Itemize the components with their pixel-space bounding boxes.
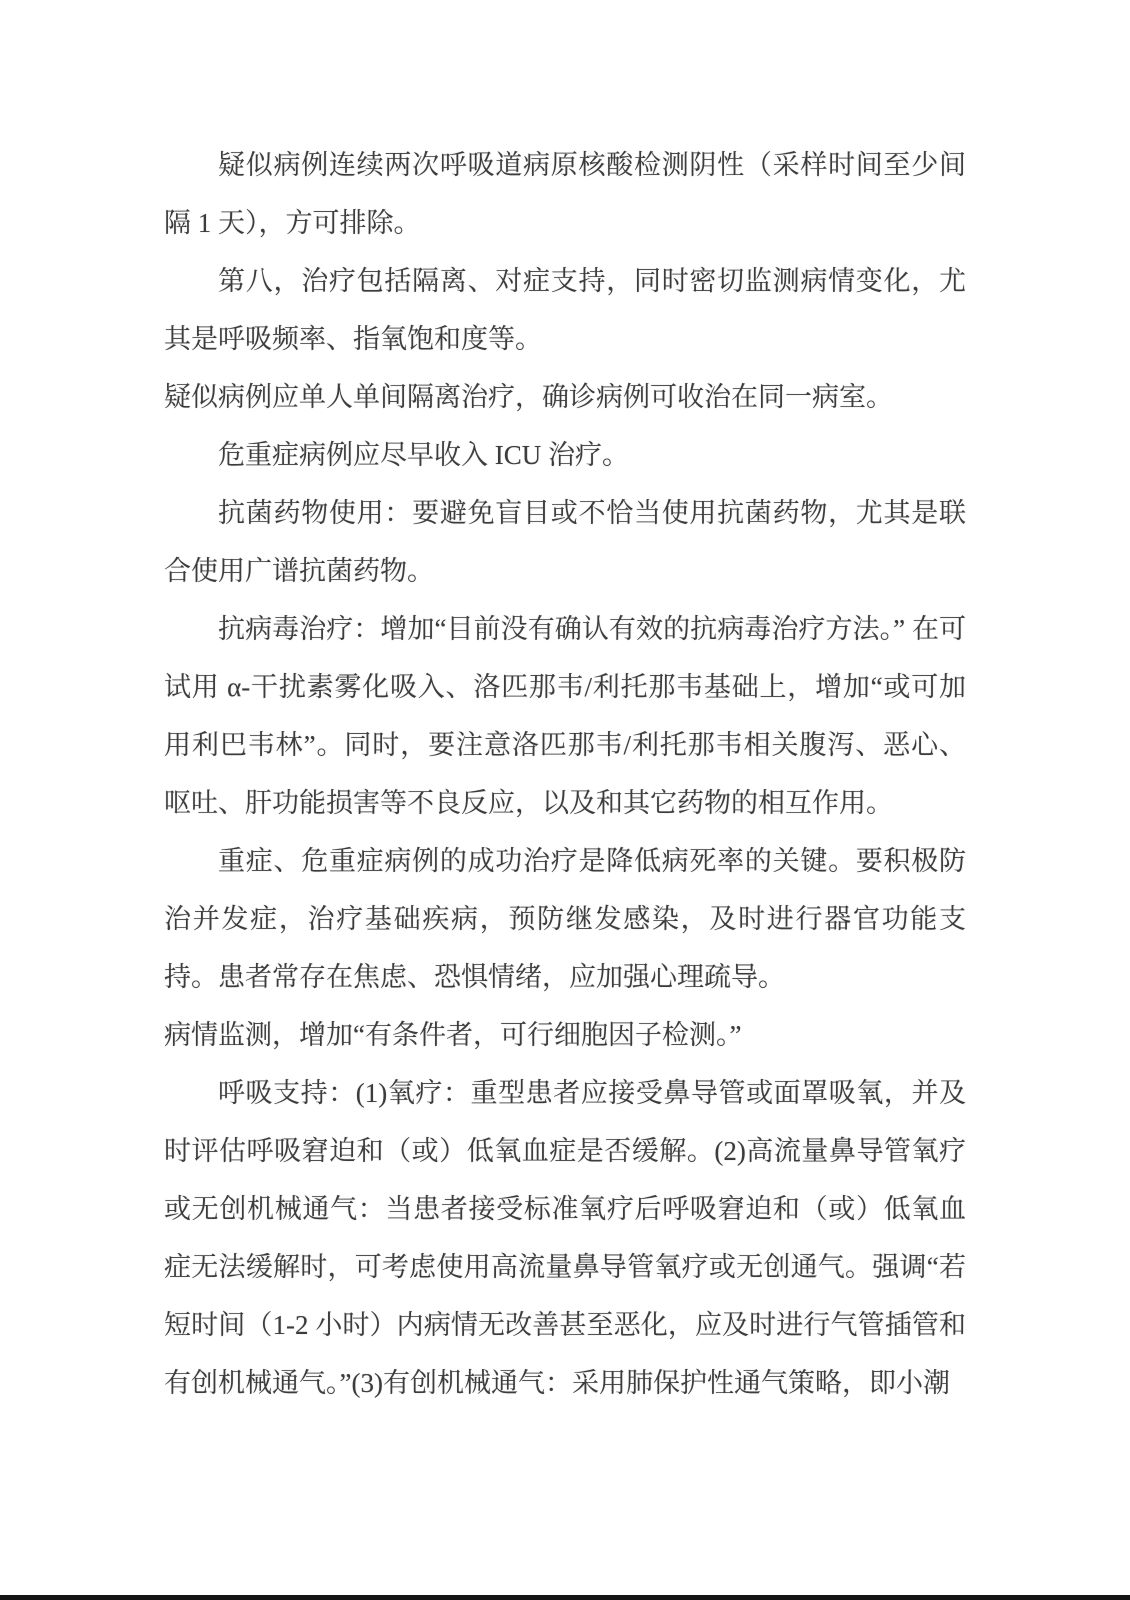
paragraph: 呼吸支持：(1)氧疗：重型患者应接受鼻导管或面罩吸氧，并及时评估呼吸窘迫和（或）… bbox=[164, 1064, 966, 1412]
document-page: 疑似病例连续两次呼吸道病原核酸检测阴性（采样时间至少间隔 1 天），方可排除。 … bbox=[0, 0, 1130, 1600]
paragraph: 疑似病例应单人单间隔离治疗，确诊病例可收治在同一病室。 bbox=[164, 368, 966, 426]
page-bottom-edge bbox=[0, 1595, 1130, 1600]
paragraph: 疑似病例连续两次呼吸道病原核酸检测阴性（采样时间至少间隔 1 天），方可排除。 bbox=[164, 136, 966, 252]
paragraph: 抗菌药物使用：要避免盲目或不恰当使用抗菌药物，尤其是联合使用广谱抗菌药物。 bbox=[164, 484, 966, 600]
paragraph: 抗病毒治疗：增加“目前没有确认有效的抗病毒治疗方法。” 在可试用 α-干扰素雾化… bbox=[164, 600, 966, 832]
paragraph: 病情监测，增加“有条件者，可行细胞因子检测。” bbox=[164, 1006, 966, 1064]
paragraph: 第八，治疗包括隔离、对症支持，同时密切监测病情变化，尤其是呼吸频率、指氧饱和度等… bbox=[164, 252, 966, 368]
paragraph: 重症、危重症病例的成功治疗是降低病死率的关键。要积极防治并发症，治疗基础疾病，预… bbox=[164, 832, 966, 1006]
paragraph: 危重症病例应尽早收入 ICU 治疗。 bbox=[164, 426, 966, 484]
